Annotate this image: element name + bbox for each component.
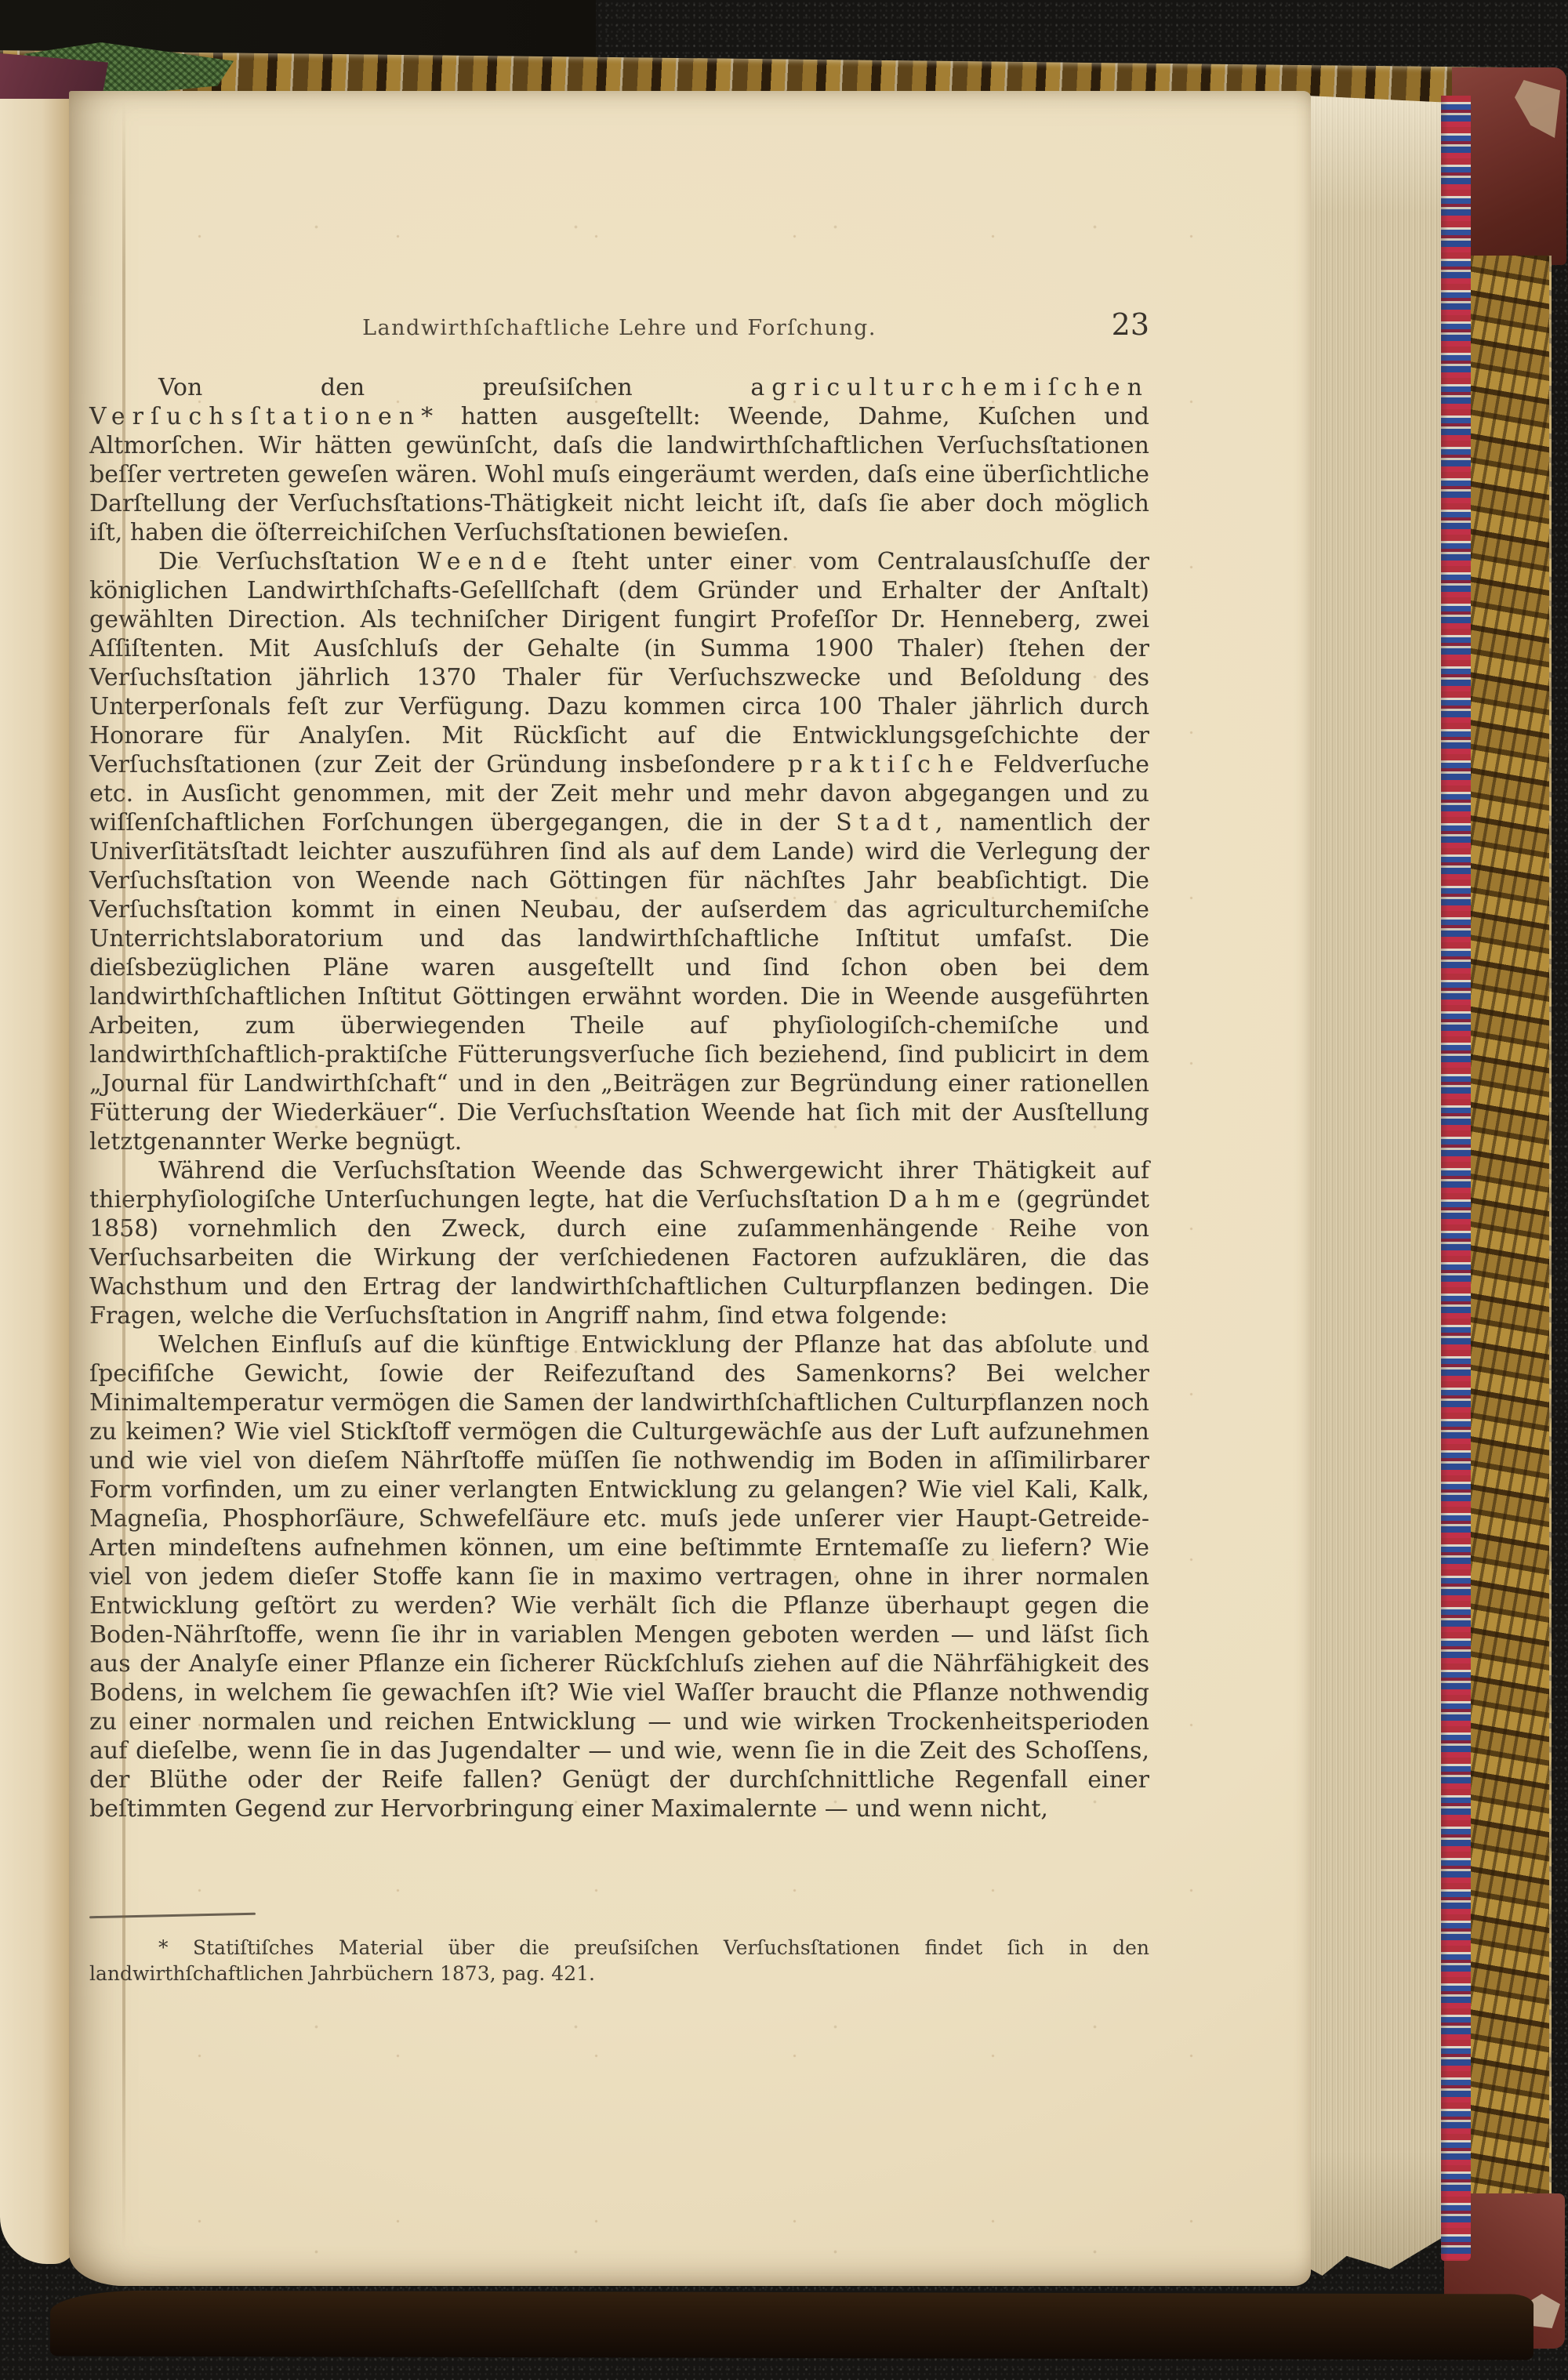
paragraph-text: , namentlich der Univerſitätsſtadt leich… — [89, 809, 1149, 1156]
paragraph: Von den preuſsiſchen agriculturchemiſche… — [89, 373, 1149, 547]
paragraph-text: ſteht unter einer vom Centralausſchuſſe … — [89, 548, 1149, 778]
marbled-board-edge — [1471, 256, 1552, 2206]
paragraph: Die Verſuchsſtation Weende ſteht unter e… — [89, 547, 1149, 1156]
gesperrt-text: Stadt — [836, 809, 935, 836]
facing-page-edge — [0, 99, 77, 2264]
marbled-fore-edge-strip — [1441, 96, 1471, 2261]
paragraph: Während die Verſuchsſtation Weende das S… — [89, 1156, 1149, 1330]
cover-bottom-edge — [50, 2291, 1534, 2360]
page-stack-fore-edge — [1306, 96, 1441, 2284]
gesperrt-text: Dahme — [888, 1186, 1007, 1214]
paragraph-text: Von den preuſsiſchen — [158, 374, 750, 401]
footnote-separator — [89, 1913, 256, 1918]
book-page: Landwirthſchaftliche Lehre und Forſchung… — [69, 91, 1311, 2286]
body-paragraphs: Von den preuſsiſchen agriculturchemiſche… — [89, 373, 1149, 1823]
gesperrt-text: Weende — [417, 548, 554, 575]
page-number: 23 — [1112, 307, 1149, 342]
gesperrt-text: praktiſche — [788, 751, 981, 778]
paragraph: Welchen Einfluſs auf die künftige Entwic… — [89, 1330, 1149, 1823]
paragraph-text: Die Verſuchsſtation — [158, 548, 417, 575]
paragraph-text: Welchen Einfluſs auf die künftige Entwic… — [89, 1331, 1149, 1823]
scanned-book-photo: Landwirthſchaftliche Lehre und Forſchung… — [0, 0, 1568, 2380]
running-header: Landwirthſchaftliche Lehre und Forſchung… — [89, 307, 1149, 342]
gutter-crease — [122, 102, 125, 2250]
footnote: * Statiſtiſches Material über die preuſs… — [89, 1935, 1149, 1986]
running-title: Landwirthſchaftliche Lehre und Forſchung… — [362, 316, 877, 340]
